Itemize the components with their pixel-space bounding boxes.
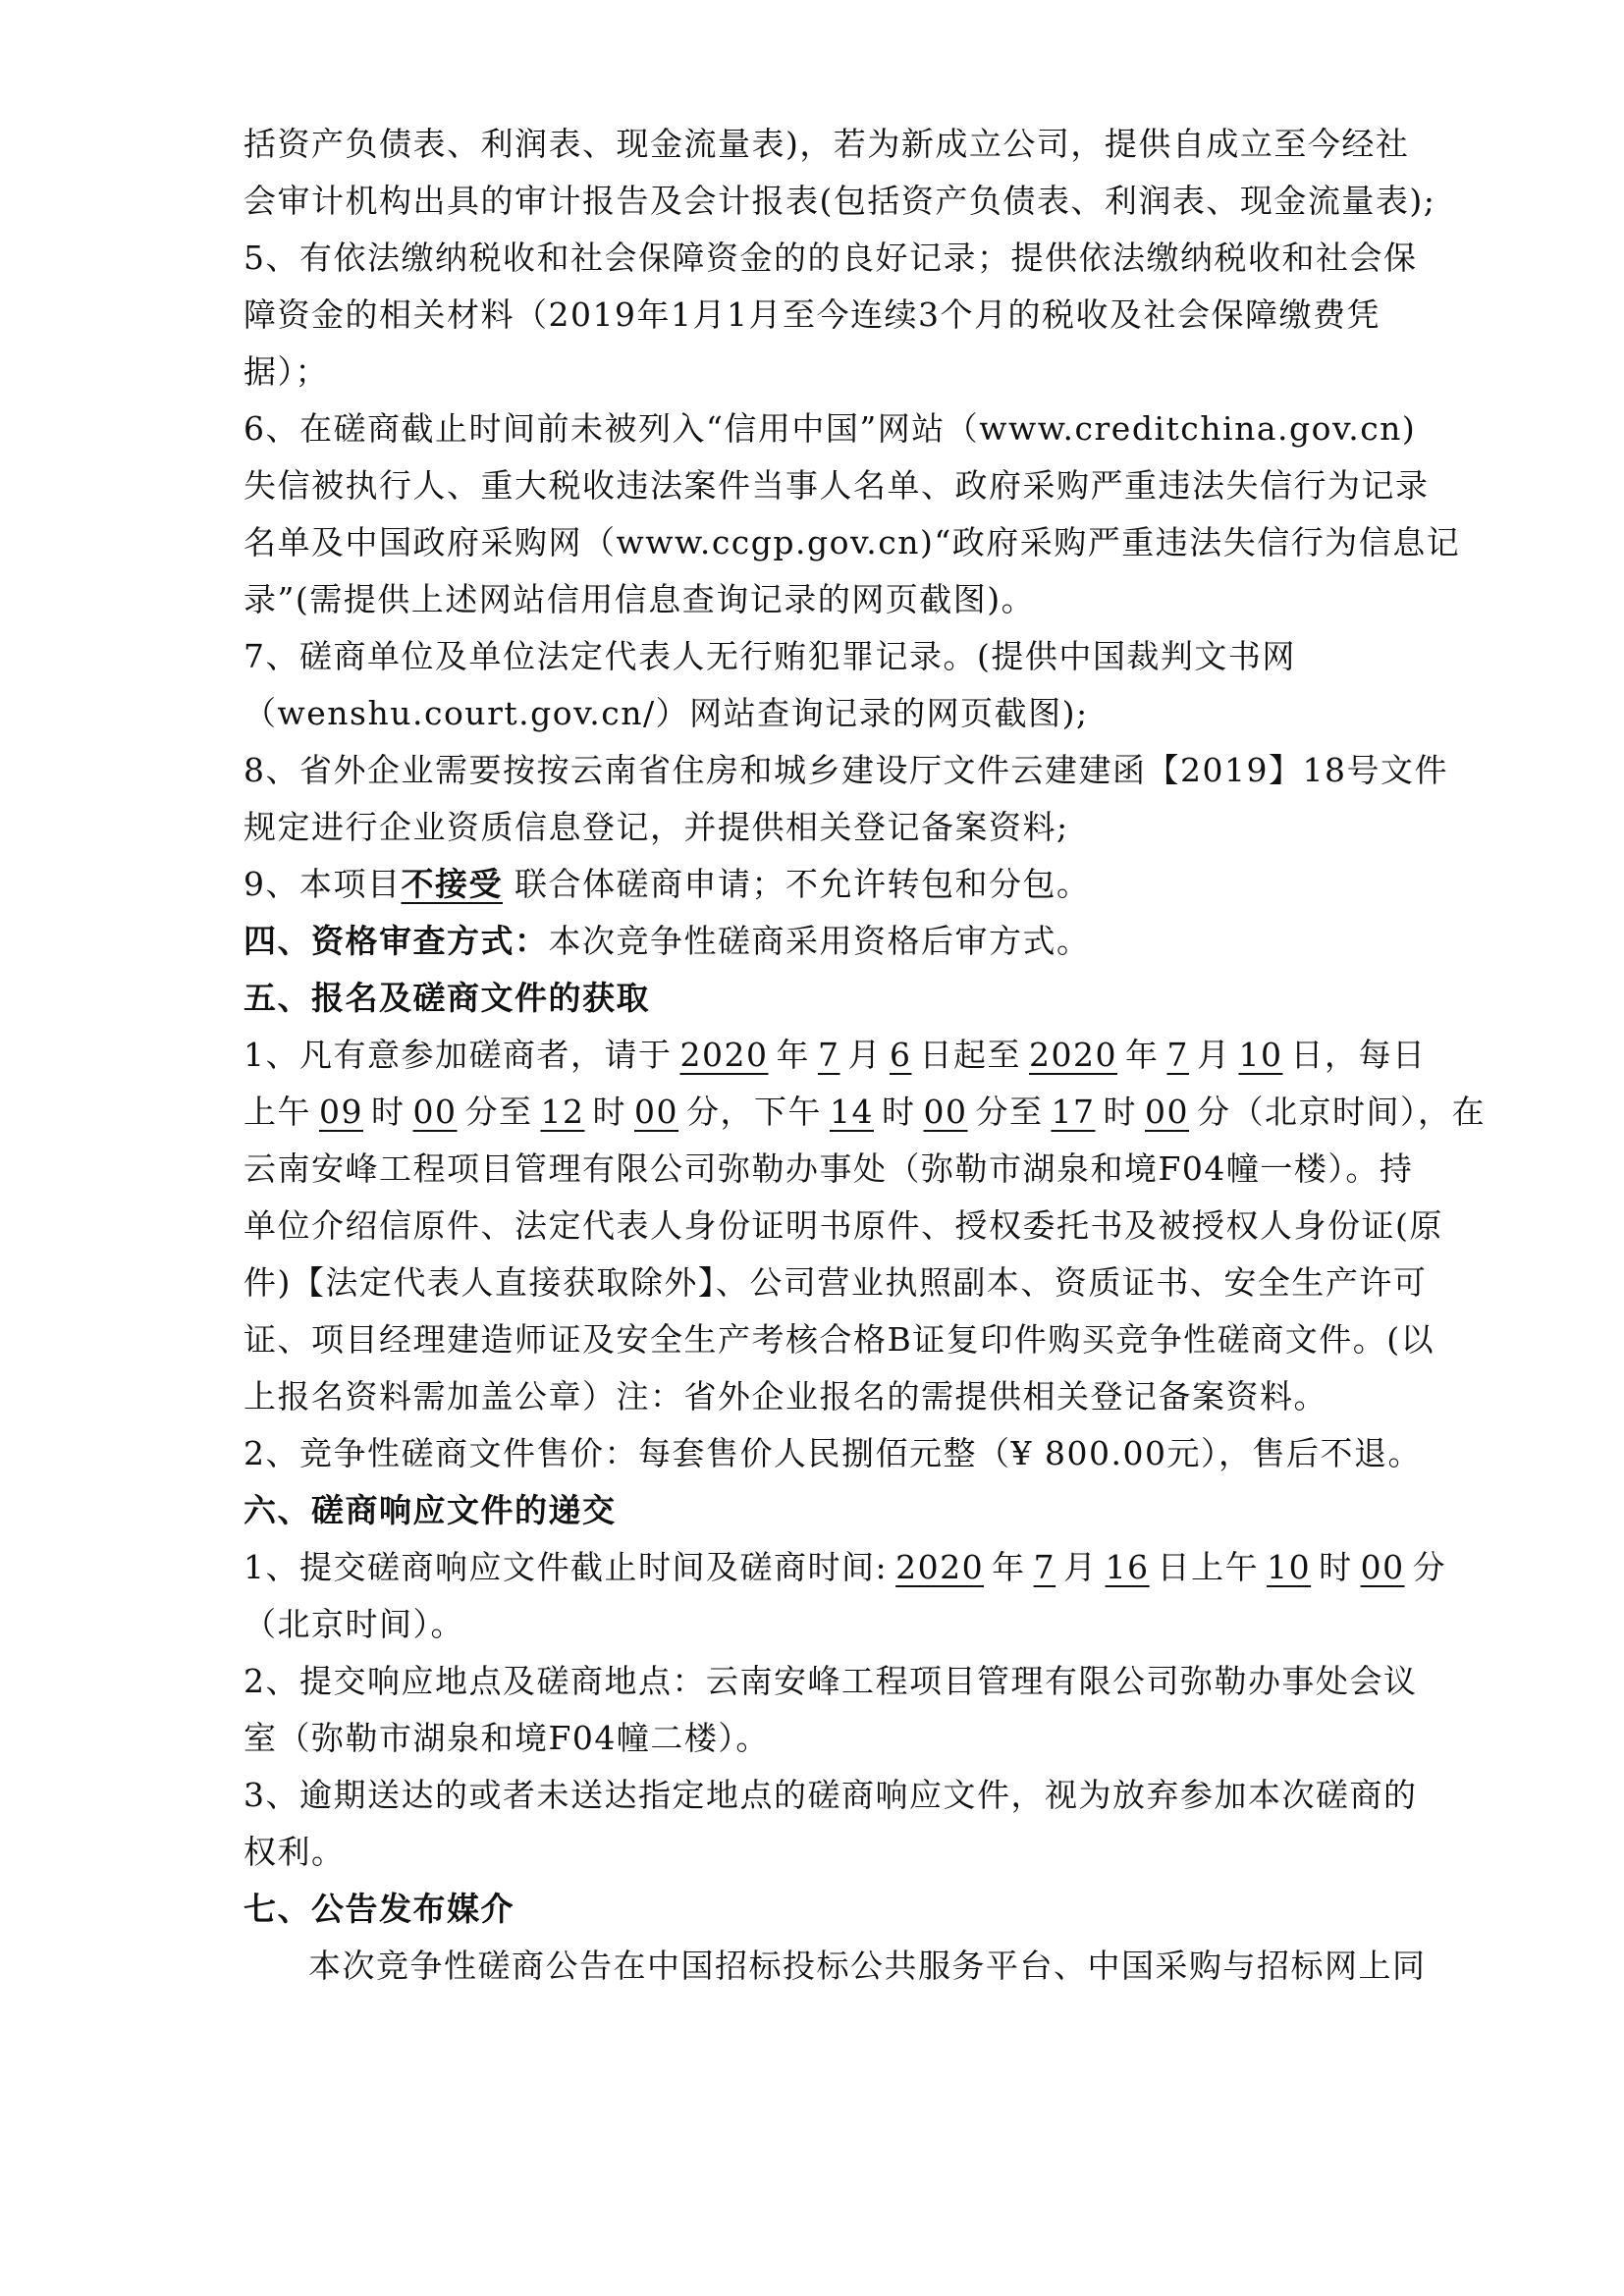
text: 1、凡有意参加磋商者，请于 [244, 1036, 673, 1074]
deadline-day: 16 [1098, 1548, 1158, 1586]
section-heading-6: 六、磋商响应文件的递交 [244, 1482, 617, 1539]
text-line: 云南安峰工程项目管理有限公司弥勒办事处（弥勒市湖泉和境F04幢一楼）。持 [244, 1141, 1413, 1198]
text: 分，下午 [686, 1093, 822, 1131]
text: 日，每日 [1290, 1036, 1426, 1074]
text-line: 9、本项目不接受 联合体磋商申请；不允许转包和分包。 [244, 856, 1091, 913]
text: 分至 [976, 1093, 1044, 1131]
text: 分（北京时间），在 [1197, 1093, 1486, 1131]
section-heading-4: 四、资格审查方式：本次竞争性磋商采用资格后审方式。 [244, 913, 1091, 970]
start-year: 2020 [673, 1036, 777, 1074]
text: 1、提交磋商响应文件截止时间及磋商时间: [244, 1548, 888, 1586]
hour: 14 [822, 1093, 882, 1131]
text-line: 名单及中国政府采购网（www.ccgp.gov.cn)“政府采购严重违法失信行为… [244, 514, 1460, 571]
text: 月 [1197, 1036, 1231, 1074]
deadline-minute: 00 [1353, 1548, 1413, 1586]
end-day: 10 [1230, 1036, 1290, 1074]
text-line: 7、磋商单位及单位法定代表人无行贿犯罪记录。(提供中国裁判文书网 [244, 628, 1296, 685]
text-line: （北京时间）。 [244, 1596, 464, 1653]
text: 年 [776, 1036, 810, 1074]
text-line: 规定进行企业资质信息登记，并提供相关登记备案资料; [244, 799, 1069, 856]
minute: 00 [626, 1093, 686, 1131]
text-line: 权利。 [244, 1824, 346, 1881]
section-heading-7: 七、公告发布媒介 [244, 1881, 514, 1938]
deadline-hour: 10 [1259, 1548, 1319, 1586]
text-line: 证、项目经理建造师证及安全生产考核合格B证复印件购买竞争性磋商文件。(以 [244, 1311, 1435, 1368]
text: 日上午 [1158, 1548, 1260, 1586]
start-day: 6 [882, 1036, 920, 1074]
text-line: （wenshu.court.gov.cn/）网站查询记录的网页截图); [244, 685, 1089, 742]
text: 时 [593, 1093, 627, 1131]
text-line: 2、提交响应地点及磋商地点：云南安峰工程项目管理有限公司弥勒办事处会议 [244, 1653, 1418, 1710]
text-line: 障资金的相关材料（2019年1月1月至今连续3个月的税收及社会保障缴费凭 [244, 287, 1380, 344]
end-month: 7 [1159, 1036, 1197, 1074]
hour: 12 [533, 1093, 593, 1131]
text-line: 据）； [244, 344, 329, 400]
text: 上午 [244, 1093, 311, 1131]
text-line: 上报名资料需加盖公章）注：省外企业报名的需提供相关登记备案资料。 [244, 1368, 1327, 1425]
section-heading-5: 五、报名及磋商文件的获取 [244, 970, 650, 1027]
minute: 00 [916, 1093, 976, 1131]
minute: 00 [1137, 1093, 1197, 1131]
text: 时 [882, 1093, 916, 1131]
emphasis-not-accepted: 不接受 [402, 865, 504, 903]
text-line: 件)【法定代表人直接获取除外】、公司营业执照副本、资质证书、安全生产许可 [244, 1255, 1427, 1311]
text-line: 5、有依法缴纳税收和社会保障资金的的良好记录；提供依法缴纳税收和社会保 [244, 230, 1418, 287]
text: 月 [847, 1036, 882, 1074]
text-line: 会审计机构出具的审计报告及会计报表(包括资产负债表、利润表、现金流量表); [244, 173, 1435, 230]
text-line: 2、竞争性磋商文件售价：每套售价人民捌佰元整（¥ 800.00元），售后不退。 [244, 1425, 1422, 1482]
text: 时 [1104, 1093, 1138, 1131]
start-month: 7 [810, 1036, 848, 1074]
end-year: 2020 [1021, 1036, 1125, 1074]
text-line: 失信被执行人、重大税收违法案件当事人名单、政府采购严重违法失信行为记录 [244, 457, 1430, 514]
deadline-line: 1、提交磋商响应文件截止时间及磋商时间:2020年7月16日上午10时00分 [244, 1539, 1446, 1596]
text-line: 室（弥勒市湖泉和境F04幢二楼）。 [244, 1710, 770, 1767]
text: 日起至 [919, 1036, 1021, 1074]
registration-time-line: 上午09时00分至12时00分，下午14时00分至17时00分（北京时间），在 [244, 1084, 1486, 1141]
text: 月 [1063, 1548, 1098, 1586]
text-line: 本次竞争性磋商公告在中国招标投标公共服务平台、中国采购与招标网上同 [244, 1938, 1427, 1995]
text-line: 单位介绍信原件、法定代表人身份证明书原件、授权委托书及被授权人身份证(原 [244, 1198, 1443, 1255]
deadline-year: 2020 [888, 1548, 992, 1586]
text: 分 [1413, 1548, 1447, 1586]
text: 年 [992, 1548, 1026, 1586]
hour: 17 [1044, 1093, 1104, 1131]
text: 时 [1319, 1548, 1353, 1586]
text-line: 6、在磋商截止时间前未被列入“信用中国”网站（www.creditchina.g… [244, 400, 1416, 457]
text-line: 录”(需提供上述网站信用信息查询记录的网页截图)。 [244, 571, 1035, 628]
item-text: 联合体磋商申请；不允许转包和分包。 [503, 865, 1091, 903]
minute: 00 [406, 1093, 465, 1131]
registration-date-line: 1、凡有意参加磋商者，请于2020年7月6日起至2020年7月10日，每日 [244, 1027, 1426, 1084]
section-text: 本次竞争性磋商采用资格后审方式。 [549, 922, 1091, 960]
text-line: 8、省外企业需要按按云南省住房和城乡建设厅文件云建建函【2019】18号文件 [244, 742, 1448, 799]
deadline-month: 7 [1026, 1548, 1064, 1586]
text: 时 [371, 1093, 406, 1131]
text: 分至 [465, 1093, 533, 1131]
text-line: 3、逾期送达的或者未送达指定地点的磋商响应文件，视为放弃参加本次磋商的 [244, 1767, 1418, 1824]
text: 年 [1125, 1036, 1160, 1074]
item-label: 9、本项目 [244, 865, 402, 903]
text-line: 括资产负债表、利润表、现金流量表)，若为新成立公司，提供自成立至今经社 [244, 116, 1409, 173]
section-title: 四、资格审查方式： [244, 922, 549, 960]
hour: 09 [311, 1093, 371, 1131]
